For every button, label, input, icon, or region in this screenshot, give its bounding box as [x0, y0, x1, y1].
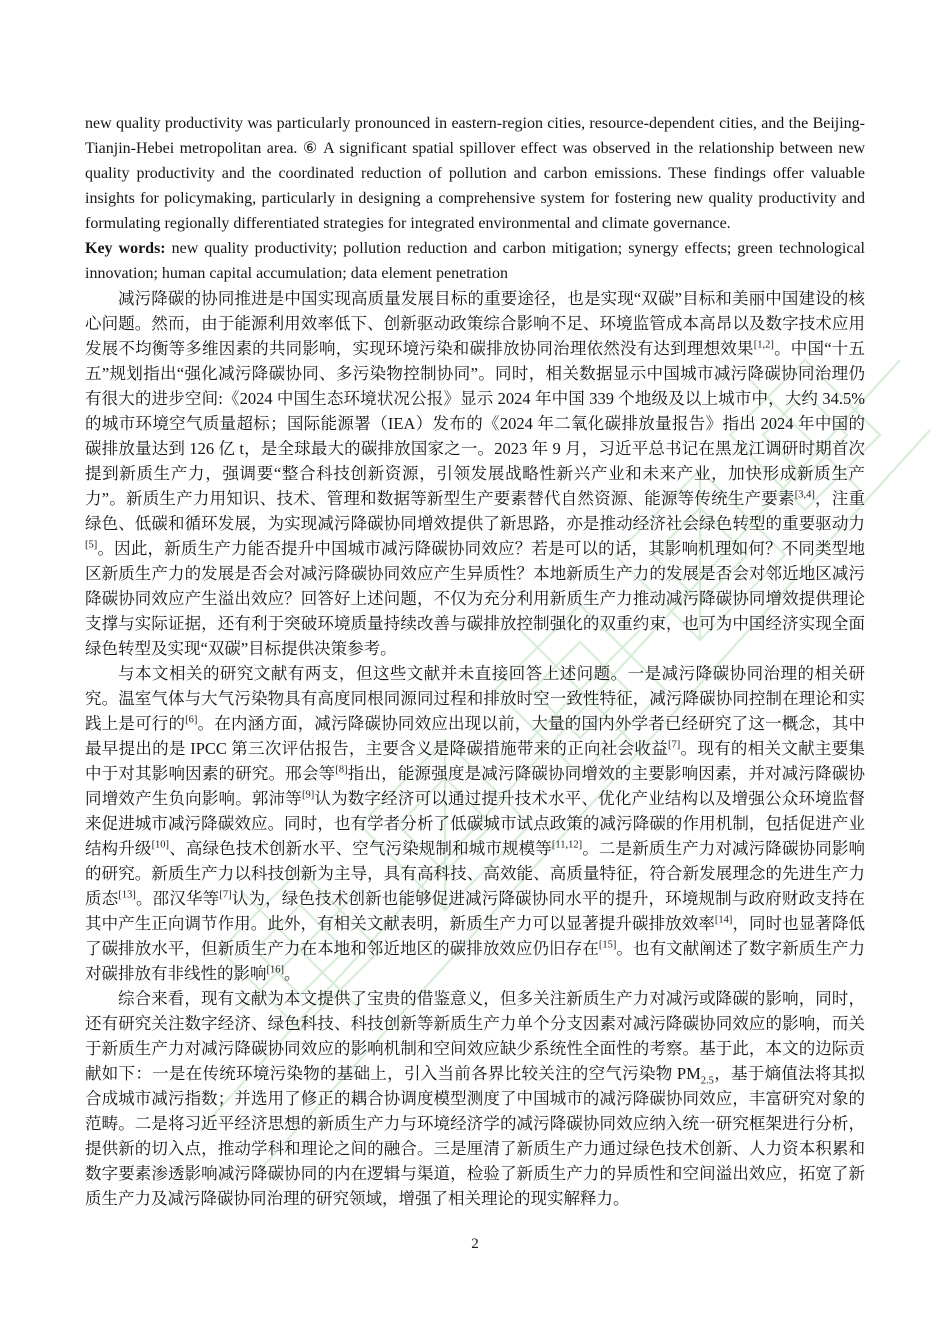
citation-superscript: [16]: [267, 965, 285, 976]
abstract-continuation: new quality productivity was particularl…: [85, 111, 865, 236]
citation-superscript: [9]: [302, 790, 314, 801]
citation-superscript: [11,12]: [552, 840, 582, 851]
body-paragraph: 综合来看，现有文献为本文提供了宝贵的借鉴意义，但多关注新质生产力对减污或降碳的影…: [85, 986, 865, 1211]
citation-superscript: [15]: [599, 940, 617, 951]
citation-superscript: [1,2]: [754, 340, 774, 351]
citation-superscript: [10]: [152, 840, 170, 851]
page-number: 2: [0, 1236, 950, 1253]
keywords-label: Key words:: [85, 240, 166, 257]
citation-superscript: [13]: [118, 890, 136, 901]
body-paragraphs: 减污降碳的协同推进是中国实现高质量发展目标的重要途径，也是实现“双碳”目标和美丽…: [85, 286, 865, 1211]
citation-superscript: [7]: [668, 740, 680, 751]
keywords-text: new quality productivity; pollution redu…: [85, 240, 865, 282]
citation-superscript: [3,4]: [795, 490, 815, 501]
subscript: 2.5: [701, 1075, 714, 1086]
citation-superscript: [6]: [185, 715, 197, 726]
keywords-line: Key words: new quality productivity; pol…: [85, 236, 865, 286]
citation-superscript: [5]: [85, 540, 97, 551]
page-body: new quality productivity was particularl…: [85, 111, 865, 1211]
citation-superscript: [7]: [219, 890, 231, 901]
body-paragraph: 减污降碳的协同推进是中国实现高质量发展目标的重要途径，也是实现“双碳”目标和美丽…: [85, 286, 865, 661]
citation-superscript: [14]: [715, 915, 733, 926]
citation-superscript: [8]: [335, 765, 347, 776]
body-paragraph: 与本文相关的研究文献有两支，但这些文献并未直接回答上述问题。一是减污降碳协同治理…: [85, 661, 865, 986]
document-page: new quality productivity was particularl…: [0, 0, 950, 1344]
